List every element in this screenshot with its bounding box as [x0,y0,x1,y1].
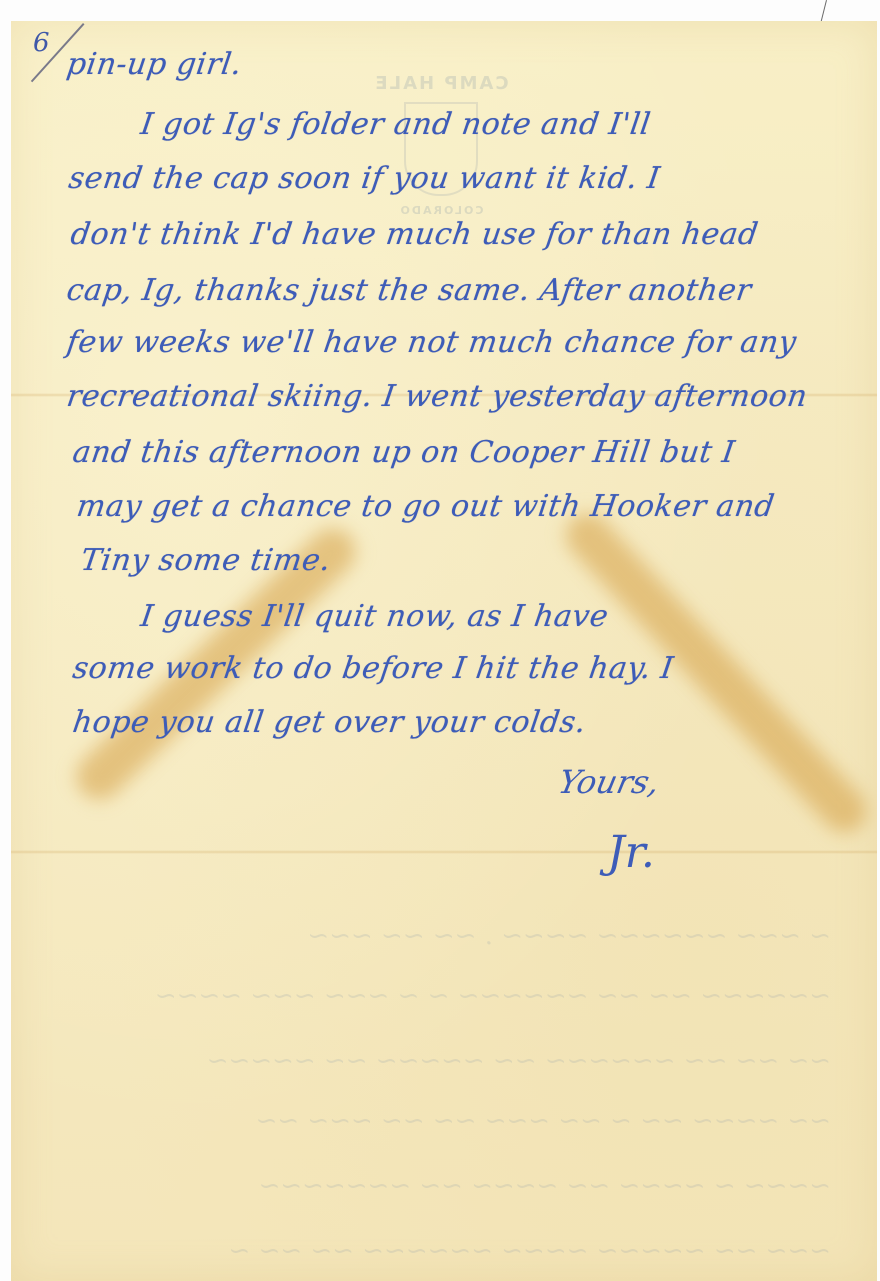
letter-line: I guess I'll quit now, as I have [139,599,611,634]
letter-line: send the cap soon if you want it kid. I [67,161,663,196]
fold-crease-bottom [11,850,877,854]
reverse-bleed-through: ~~~~ ~ ~~~~ ~~ ~~~~ ~~ ~~~~~~~ [51,1171,831,1201]
reverse-bleed-through: ~~ ~~ ~~ ~~~~~~ ~~ ~~~~~ ~~ ~~~~~ [51,1046,831,1076]
reverse-bleed-through: ~~~~~~ ~~ ~~ ~~~~~~ ~ ~ ~~~ ~~~ ~~~~ [51,981,831,1011]
reverse-bleed-through: ~ ~~~ ~~~~~~ ~~~~ . ~~ ~~ ~~~ [51,921,831,951]
reverse-bleed-through: ~~ ~~~~ ~~ ~ ~~ ~~~ ~~ ~~ ~~~ ~~ [51,1106,831,1136]
reverse-bleed-through: ~~~ ~~ ~~~~~ ~~~~ ~~~~~~ ~~ ~~ ~ [51,1236,831,1266]
letter-line: cap, Ig, thanks just the same. After ano… [65,273,754,308]
letterhead-subtitle: COLORADO [341,204,541,217]
letter-line: I got Ig's folder and note and I'll [139,107,653,142]
letter-line: don't think I'd have much use for than h… [69,217,761,252]
letter-line: few weeks we'll have not much chance for… [65,325,799,360]
letter-line: some work to do before I hit the hay. I [71,651,676,686]
letter-page: CAMP HALE COLORADO ~ ~~~ ~~~~~~ ~~~~ . ~… [11,21,877,1281]
letterhead-title: CAMP HALE [341,73,541,94]
letter-line: Tiny some time. [79,543,333,578]
letter-line: may get a chance to go out with Hooker a… [75,489,777,524]
page-number: 6 [33,28,50,58]
letter-line: and this afternoon up on Cooper Hill but… [71,435,738,470]
letter-line: pin-up girl. [65,47,245,82]
letter-line: hope you all get over your colds. [71,705,589,740]
letter-signature: Jr. [607,827,655,878]
letter-line: recreational skiing. I went yesterday af… [65,379,810,414]
letter-closing: Yours, [555,763,663,801]
